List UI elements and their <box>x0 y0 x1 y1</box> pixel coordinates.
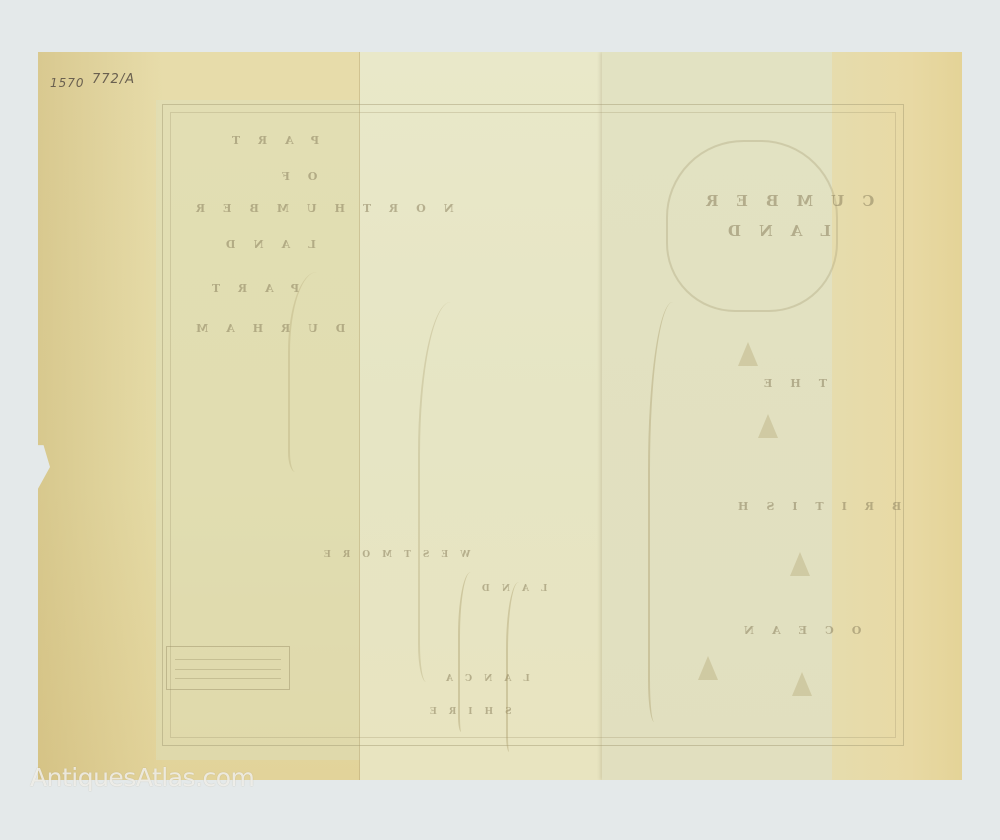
ship-icon <box>790 552 810 576</box>
ship-icon <box>792 672 812 696</box>
label-of: OF <box>264 170 317 183</box>
label-part-2: PART <box>194 282 299 295</box>
label-land: LAND <box>208 238 316 251</box>
ship-icon <box>698 656 718 680</box>
river <box>288 272 360 472</box>
watermark: AntiquesAtlas.com <box>30 763 254 792</box>
cartouche-title-line1: CUMBER <box>688 192 874 210</box>
map-sheet: 1570 772/A CUMBER LAND PART OF NORTHUMBE… <box>38 52 962 780</box>
pencil-note-ref: 772/A <box>92 72 135 87</box>
estuary-right <box>506 582 538 752</box>
label-northumber: NORTHUMBER <box>178 202 454 215</box>
ship-icon <box>758 414 778 438</box>
ship-icon <box>738 342 758 366</box>
aged-paper-edge <box>38 52 163 780</box>
label-ocean: OCEAN <box>726 624 861 637</box>
scale-of-miles-box <box>166 646 290 690</box>
cartouche-title-line2: LAND <box>710 222 831 240</box>
pencil-note-number: 1570 <box>50 76 85 90</box>
estuary-left <box>458 572 490 732</box>
label-british: BRITISH <box>720 500 901 513</box>
label-part: PART <box>214 134 319 147</box>
label-the: THE <box>746 377 827 390</box>
